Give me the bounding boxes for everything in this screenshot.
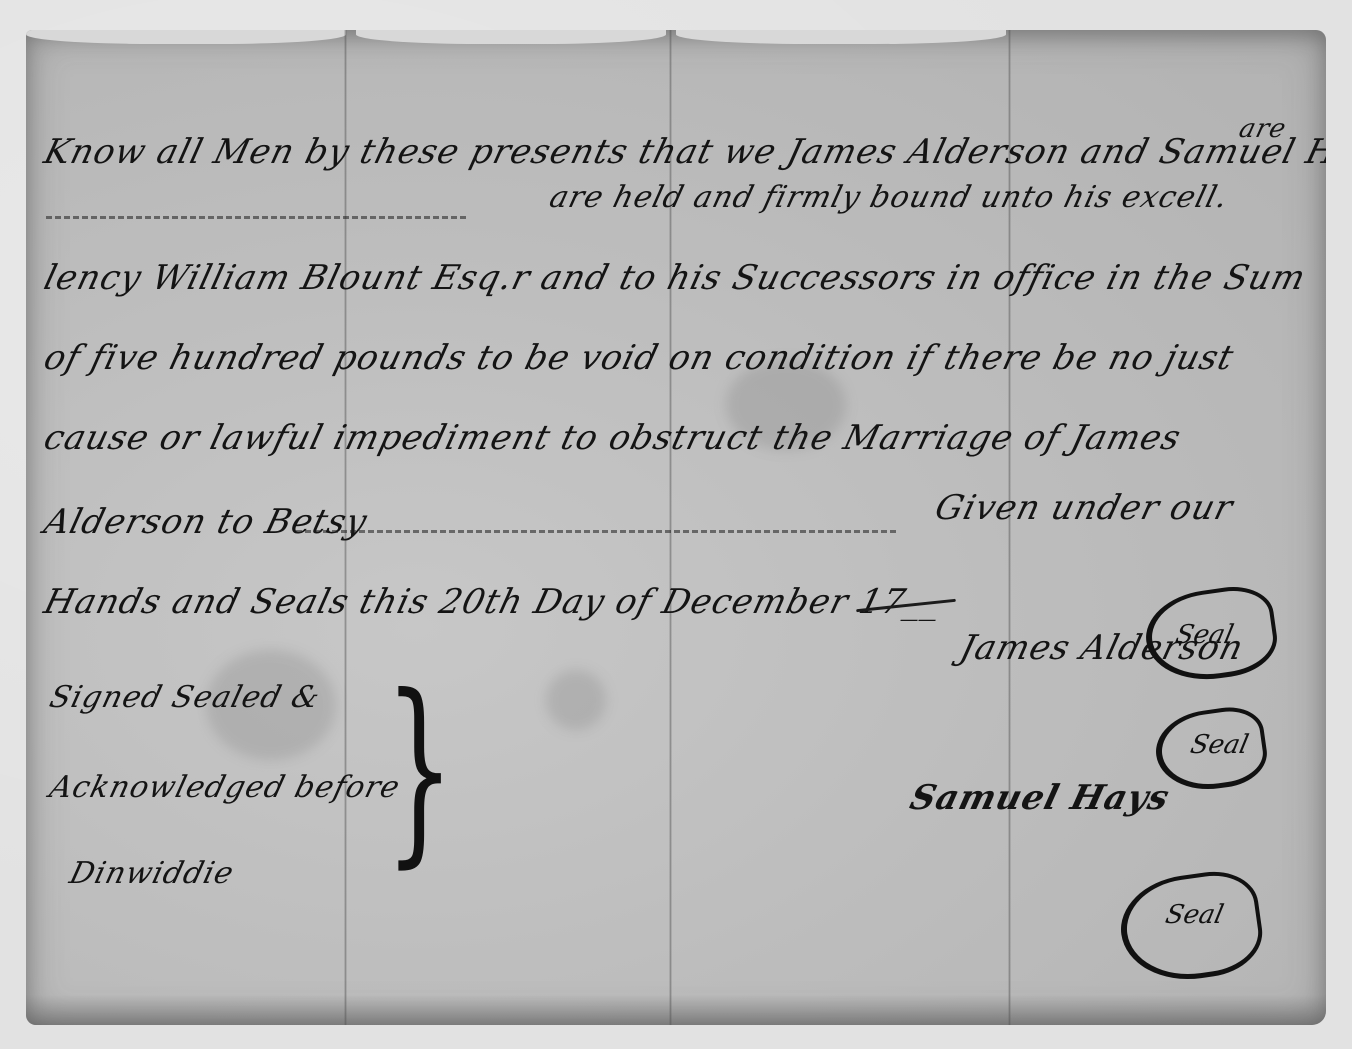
seal-label-1: Seal: [1173, 620, 1236, 650]
bond-line-6-given: Given under our: [931, 488, 1237, 528]
curly-brace: }: [385, 670, 455, 870]
seal-label-2: Seal: [1188, 730, 1251, 760]
bond-line-2: are held and firmly bound unto his excel…: [546, 180, 1232, 215]
bond-line-5: cause or lawful impediment to obstruct t…: [40, 418, 1185, 458]
sheet-bottom-edge: [26, 995, 1326, 1025]
bond-line-1-continuation: are: [1236, 114, 1290, 144]
bond-line-3: lency William Blount Esq.r and to his Su…: [40, 258, 1310, 298]
bond-line-1: Know all Men by these presents that we J…: [40, 132, 1326, 172]
bond-line-4: of five hundred pounds to be void on con…: [40, 338, 1238, 378]
attestation-witness: Dinwiddie: [66, 856, 238, 891]
sheet-top-edge: [356, 30, 666, 44]
sheet-top-edge: [676, 30, 1006, 44]
seal-label-3: Seal: [1163, 900, 1226, 930]
paper-stain: [546, 670, 606, 730]
attestation-line-1: Signed Sealed &: [46, 680, 324, 715]
bond-line-6: Alderson to Betsy: [40, 502, 372, 542]
signature-2: Samuel Hays: [906, 778, 1174, 818]
document-sheet: Know all Men by these presents that we J…: [26, 30, 1326, 1025]
filler-dash-line: [296, 530, 896, 533]
filler-dash-line: [46, 216, 466, 219]
bond-line-7-date: Hands and Seals this 20th Day of Decembe…: [40, 582, 946, 622]
sheet-top-edge: [26, 30, 346, 44]
attestation-line-2: Acknowledged before: [46, 770, 404, 805]
